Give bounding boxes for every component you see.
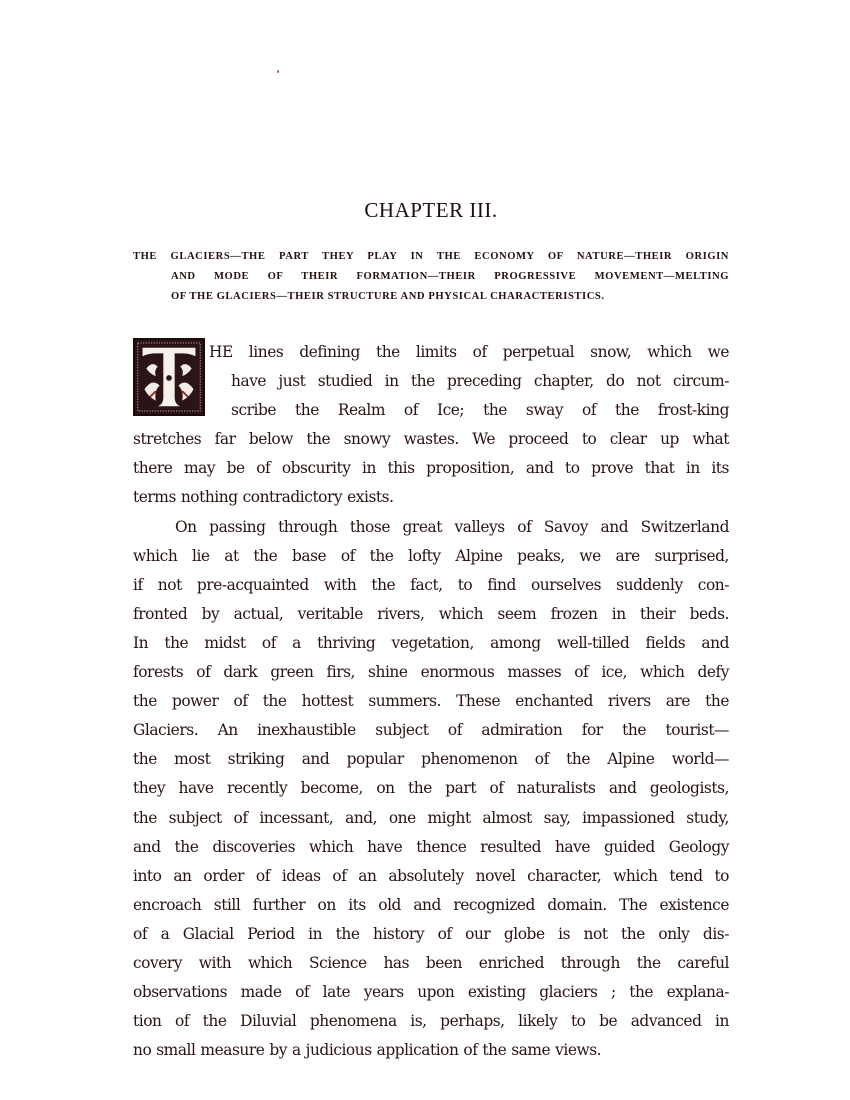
text-line: no small measure by a judicious applicat… xyxy=(133,1036,729,1065)
text-line: Glaciers. An inexhaustible subject of ad… xyxy=(133,716,729,745)
text-line: HE lines defining the limits of perpetua… xyxy=(209,338,729,367)
text-line: In the midst of a thriving vegetation, a… xyxy=(133,629,729,658)
text-line: into an order of ideas of an absolutely … xyxy=(133,862,729,891)
text-line: fronted by actual, veritable rivers, whi… xyxy=(133,600,729,629)
text-line: have just studied in the preceding chapt… xyxy=(231,367,729,396)
paragraph-2: On passing through those great valleys o… xyxy=(133,513,729,1066)
summary-line: THE GLACIERS—THE PART THEY PLAY IN THE E… xyxy=(133,247,729,267)
text-line: the power of the hottest summers. These … xyxy=(133,687,729,716)
drop-cap-initial xyxy=(133,338,205,416)
text-line: stretches far below the snowy wastes. We… xyxy=(133,425,729,454)
ink-speck xyxy=(277,70,279,73)
text-line: there may be of obscurity in this propos… xyxy=(133,454,729,483)
paragraph-1: HE lines defining the limits of perpetua… xyxy=(133,338,729,513)
text-line: covery with which Science has been enric… xyxy=(133,949,729,978)
text-line: terms nothing contradictory exists. xyxy=(133,483,729,512)
chapter-summary: THE GLACIERS—THE PART THEY PLAY IN THE E… xyxy=(133,247,729,307)
text-line: they have recently become, on the part o… xyxy=(133,774,729,803)
text-line: encroach still further on its old and re… xyxy=(133,891,729,920)
text-line: of a Glacial Period in the history of ou… xyxy=(133,920,729,949)
text-line: the subject of incessant, and, one might… xyxy=(133,804,729,833)
text-line: On passing through those great valleys o… xyxy=(175,513,729,542)
chapter-body: HE lines defining the limits of perpetua… xyxy=(133,338,729,1065)
text-line: and the discoveries which have thence re… xyxy=(133,833,729,862)
text-line: scribe the Realm of Ice; the sway of the… xyxy=(231,396,729,425)
summary-line: OF THE GLACIERS—THEIR STRUCTURE AND PHYS… xyxy=(171,287,729,307)
summary-line: AND MODE OF THEIR FORMATION—THEIR PROGRE… xyxy=(171,267,729,287)
text-line: tion of the Diluvial phenomena is, perha… xyxy=(133,1007,729,1036)
text-line: the most striking and popular phenomenon… xyxy=(133,745,729,774)
text-line: forests of dark green firs, shine enormo… xyxy=(133,658,729,687)
text-line: if not pre-acquainted with the fact, to … xyxy=(133,571,729,600)
ornamental-initial-t-icon xyxy=(135,340,203,414)
text-line: observations made of late years upon exi… xyxy=(133,978,729,1007)
text-line: which lie at the base of the lofty Alpin… xyxy=(133,542,729,571)
chapter-title: CHAPTER III. xyxy=(133,198,729,223)
